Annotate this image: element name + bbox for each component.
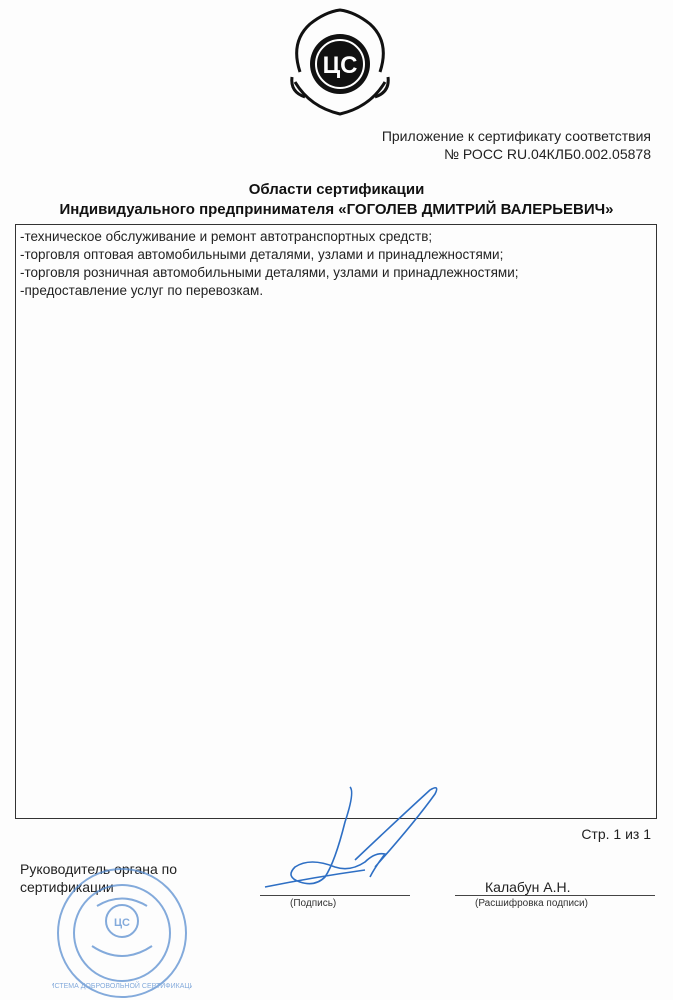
signatory-name: Калабун А.Н. — [485, 879, 570, 895]
signature-line — [260, 895, 410, 896]
appendix-header: Приложение к сертификату соответствия № … — [382, 127, 651, 163]
scope-item: -торговля розничная автомобильными детал… — [20, 264, 519, 282]
certification-logo: ЦС — [280, 2, 400, 122]
scope-item: -торговля оптовая автомобильными деталям… — [20, 246, 519, 264]
title-line-2: Индивидуального предпринимателя «ГОГОЛЕВ… — [0, 200, 673, 220]
appendix-title: Приложение к сертификату соответствия — [382, 127, 651, 145]
page-number: Стр. 1 из 1 — [581, 826, 651, 842]
title-line-1: Области сертификации — [0, 180, 673, 200]
scope-item: -предоставление услуг по перевозкам. — [20, 282, 519, 300]
svg-text:СИСТЕМА ДОБРОВОЛЬНОЙ СЕРТИФИКА: СИСТЕМА ДОБРОВОЛЬНОЙ СЕРТИФИКАЦИИ — [52, 981, 192, 990]
svg-text:ЦС: ЦС — [114, 917, 130, 929]
name-caption: (Расшифровка подписи) — [475, 898, 588, 909]
scope-box — [15, 224, 657, 819]
scope-item: -техническое обслуживание и ремонт автот… — [20, 228, 519, 246]
stamp-icon: ЦС СИСТЕМА ДОБРОВОЛЬНОЙ СЕРТИФИКАЦИИ — [52, 866, 192, 1000]
document-title: Области сертификации Индивидуального пре… — [0, 180, 673, 220]
svg-text:ЦС: ЦС — [323, 52, 358, 79]
name-line — [455, 895, 655, 896]
certificate-number: № РОСС RU.04КЛБ0.002.05878 — [382, 145, 651, 163]
scope-list: -техническое обслуживание и ремонт автот… — [20, 228, 519, 300]
signature-caption: (Подпись) — [290, 898, 336, 909]
signature — [255, 782, 445, 902]
